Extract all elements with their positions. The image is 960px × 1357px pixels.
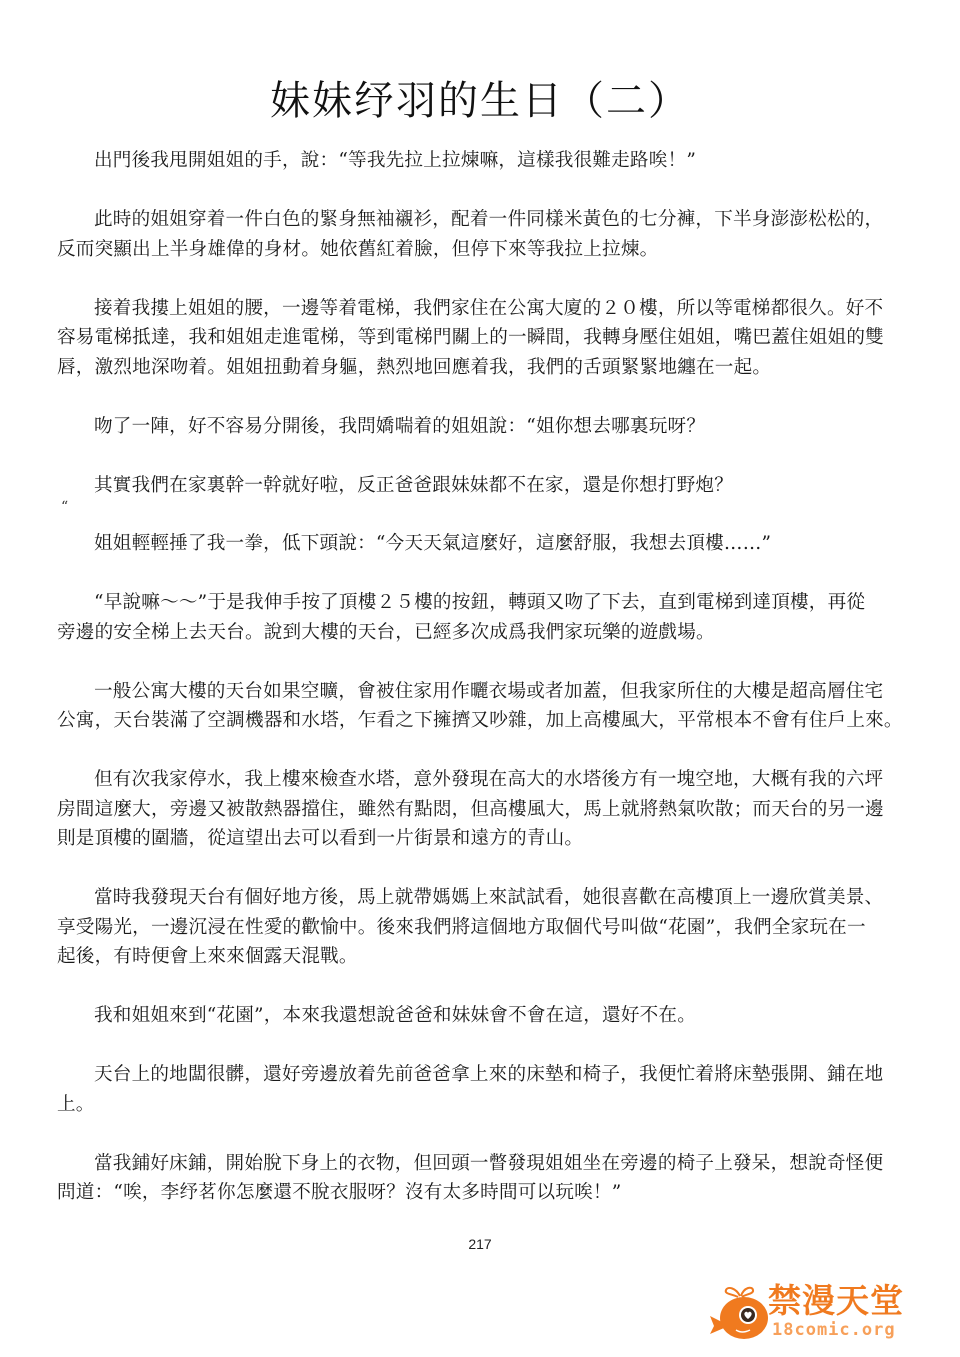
stray-quote-mark: “	[57, 500, 903, 514]
paragraph: 當時我發現天台有個好地方後，馬上就帶媽媽上來試試看，她很喜歡在高樓頂上一邊欣賞美…	[57, 883, 903, 972]
paragraph: 此時的姐姐穿着一件白色的緊身無袖襯衫，配着一件同樣米黃色的七分褲，下半身澎澎松松…	[57, 205, 903, 264]
document-body: 出門後我甩開姐姐的手，說：“等我先拉上拉煉嘛，這樣我很難走路唉！”此時的姐姐穿着…	[57, 146, 903, 1237]
page-number: 217	[0, 1236, 960, 1252]
paragraph-line: 容易電梯抵達，我和姐姐走進電梯，等到電梯門關上的一瞬間，我轉身壓住姐姐，嘴巴蓋住…	[57, 323, 903, 353]
paragraph-line: 接着我摟上姐姐的腰，一邊等着電梯，我們家住在公寓大廈的２０樓，所以等電梯都很久。…	[57, 294, 903, 324]
paragraph-line: 當我鋪好床鋪，開始脫下身上的衣物，但回頭一瞥發現姐姐坐在旁邊的椅子上發呆，想說奇…	[57, 1149, 903, 1179]
paragraph: 一般公寓大樓的天台如果空曠，會被住家用作曬衣場或者加蓋，但我家所住的大樓是超高層…	[57, 677, 903, 736]
paragraph-line: 吻了一陣，好不容易分開後，我問嬌喘着的姐姐說：“姐你想去哪裏玩呀？	[57, 412, 903, 442]
paragraph: 我和姐姐來到“花園”，本來我還想說爸爸和妹妹會不會在這，還好不在。	[57, 1001, 903, 1031]
paragraph-line: 旁邊的安全梯上去天台。說到大樓的天台，已經多次成爲我們家玩樂的遊戲場。	[57, 618, 903, 648]
paragraph-line: 享受陽光，一邊沉浸在性愛的歡愉中。後來我們將這個地方取個代号叫做“花園”，我們全…	[57, 913, 903, 943]
paragraph-line: 天台上的地闆很髒，還好旁邊放着先前爸爸拿上來的床墊和椅子，我便忙着將床墊張開、鋪…	[57, 1060, 903, 1090]
paragraph-line: 房間這麼大，旁邊又被散熱器擋住，雖然有點悶，但高樓風大，馬上就將熱氣吹散；而天台…	[57, 795, 903, 825]
paragraph-line: “早說嘛～～”于是我伸手按了頂樓２５樓的按鈕，轉頭又吻了下去，直到電梯到達頂樓，…	[57, 588, 903, 618]
paragraph-line: 則是頂樓的圍牆，從這望出去可以看到一片街景和遠方的青山。	[57, 824, 903, 854]
paragraph-line: 上。	[57, 1090, 903, 1120]
paragraph-line: 姐姐輕輕捶了我一拳，低下頭說：“今天天氣這麼好，這麼舒服，我想去頂樓……”	[57, 529, 903, 559]
paragraph: 但有次我家停水，我上樓來檢查水塔，意外發現在高大的水塔後方有一塊空地，大概有我的…	[57, 765, 903, 854]
paragraph: 當我鋪好床鋪，開始脫下身上的衣物，但回頭一瞥發現姐姐坐在旁邊的椅子上發呆，想說奇…	[57, 1149, 903, 1208]
paragraph-line: 當時我發現天台有個好地方後，馬上就帶媽媽上來試試看，她很喜歡在高樓頂上一邊欣賞美…	[57, 883, 903, 913]
whale-heart-logo-icon	[708, 1282, 770, 1342]
paragraph-line: 其實我們在家裏幹一幹就好啦，反正爸爸跟妹妹都不在家，還是你想打野炮？	[57, 471, 903, 501]
paragraph: 接着我摟上姐姐的腰，一邊等着電梯，我們家住在公寓大廈的２０樓，所以等電梯都很久。…	[57, 294, 903, 383]
paragraph: 姐姐輕輕捶了我一拳，低下頭說：“今天天氣這麼好，這麼舒服，我想去頂樓……”	[57, 529, 903, 559]
paragraph-line: 此時的姐姐穿着一件白色的緊身無袖襯衫，配着一件同樣米黃色的七分褲，下半身澎澎松松…	[57, 205, 903, 235]
page-title: 妹妹纾羽的生日（二）	[0, 76, 960, 126]
paragraph: 天台上的地闆很髒，還好旁邊放着先前爸爸拿上來的床墊和椅子，我便忙着將床墊張開、鋪…	[57, 1060, 903, 1119]
paragraph-line: 一般公寓大樓的天台如果空曠，會被住家用作曬衣場或者加蓋，但我家所住的大樓是超高層…	[57, 677, 903, 707]
paragraph-line: 問道：“唉，李纾茗你怎麼還不脫衣服呀？沒有太多時間可以玩唉！”	[57, 1178, 903, 1208]
paragraph: 出門後我甩開姐姐的手，說：“等我先拉上拉煉嘛，這樣我很難走路唉！”	[57, 146, 903, 176]
watermark: 禁漫天堂 18comic.org	[708, 1278, 948, 1350]
paragraph-line: 唇，激烈地深吻着。姐姐扭動着身軀，熱烈地回應着我，我們的舌頭緊緊地纏在一起。	[57, 353, 903, 383]
watermark-brand: 禁漫天堂	[768, 1282, 904, 1320]
paragraph: 其實我們在家裏幹一幹就好啦，反正爸爸跟妹妹都不在家，還是你想打野炮？“	[57, 471, 903, 515]
paragraph: 吻了一陣，好不容易分開後，我問嬌喘着的姐姐說：“姐你想去哪裏玩呀？	[57, 412, 903, 442]
watermark-url: 18comic.org	[772, 1320, 896, 1340]
paragraph-line: 但有次我家停水，我上樓來檢查水塔，意外發現在高大的水塔後方有一塊空地，大概有我的…	[57, 765, 903, 795]
paragraph-line: 起後，有時便會上來來個露天混戰。	[57, 942, 903, 972]
paragraph-line: 公寓，天台裝滿了空調機器和水塔，乍看之下擁擠又吵雜，加上高樓風大，平常根本不會有…	[57, 706, 903, 736]
paragraph-line: 反而突顯出上半身雄偉的身材。她依舊紅着臉，但停下來等我拉上拉煉。	[57, 235, 903, 265]
paragraph-line: 我和姐姐來到“花園”，本來我還想說爸爸和妹妹會不會在這，還好不在。	[57, 1001, 903, 1031]
paragraph-line: 出門後我甩開姐姐的手，說：“等我先拉上拉煉嘛，這樣我很難走路唉！”	[57, 146, 903, 176]
paragraph: “早說嘛～～”于是我伸手按了頂樓２５樓的按鈕，轉頭又吻了下去，直到電梯到達頂樓，…	[57, 588, 903, 647]
